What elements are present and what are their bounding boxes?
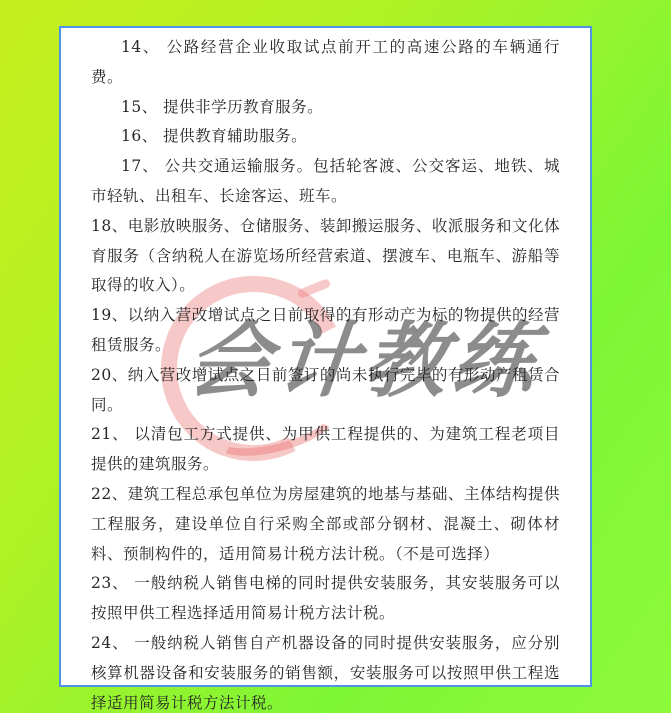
document-page: 会计教练 14、 公路经营企业收取试点前开工的高速公路的车辆通行费。 15、 提…	[59, 26, 592, 687]
list-item-24: 24、 一般纳税人销售自产机器设备的同时提供安装服务，应分别核算机器设备和安装服…	[91, 629, 560, 713]
list-item-18: 18、电影放映服务、仓储服务、装卸搬运服务、收派服务和文化体育服务（含纳税人在游…	[91, 212, 560, 301]
list-item-19: 19、以纳入营改增试点之日前取得的有形动产为标的物提供的经营租赁服务。	[91, 301, 560, 361]
desktop-background: { "colors": { "background_gradient_start…	[0, 0, 671, 713]
document-content: 14、 公路经营企业收取试点前开工的高速公路的车辆通行费。 15、 提供非学历教…	[61, 28, 590, 713]
list-item-22: 22、建筑工程总承包单位为房屋建筑的地基与基础、主体结构提供工程服务，建设单位自…	[91, 480, 560, 569]
list-item-16: 16、 提供教育辅助服务。	[91, 122, 560, 152]
list-item-21: 21、 以清包工方式提供、为甲供工程提供的、为建筑工程老项目提供的建筑服务。	[91, 420, 560, 480]
list-item-17: 17、 公共交通运输服务。包括轮客渡、公交客运、地铁、城市轻轨、出租车、长途客运…	[91, 152, 560, 212]
list-item-14: 14、 公路经营企业收取试点前开工的高速公路的车辆通行费。	[91, 33, 560, 93]
list-item-23: 23、 一般纳税人销售电梯的同时提供安装服务，其安装服务可以按照甲供工程选择适用…	[91, 569, 560, 629]
list-item-20: 20、纳入营改增试点之日前签订的尚未执行完毕的有形动产租赁合同。	[91, 361, 560, 421]
list-item-15: 15、 提供非学历教育服务。	[91, 93, 560, 123]
